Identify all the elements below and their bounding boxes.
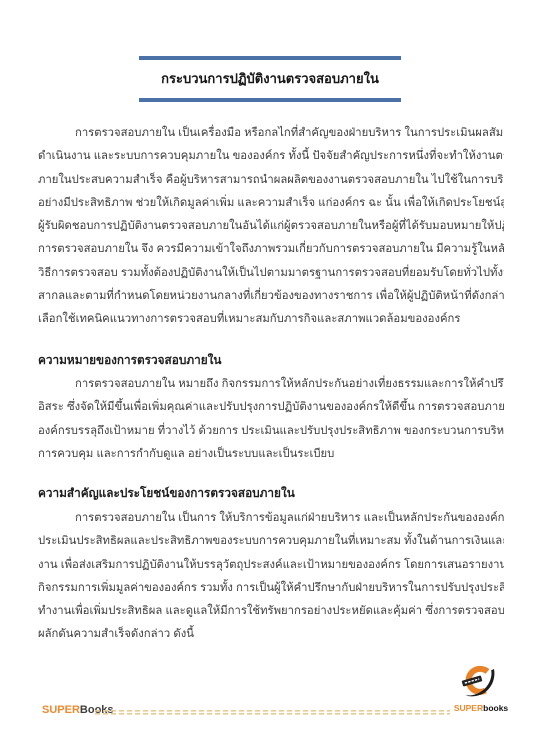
- text-line: วิธีการตรวจสอบ รวมทั้งต้องปฏิบัติงานให้เ…: [38, 262, 504, 285]
- text-line: สากลและตามที่กำหนดโดยหน่วยงานกลางที่เกี่…: [38, 285, 504, 308]
- meaning-paragraph: การตรวจสอบภายใน หมายถึง กิจกรรมการให้หลั…: [38, 373, 504, 466]
- brand-right-books-text: books: [483, 703, 508, 713]
- document-page: กระบวนการปฏิบัติงานตรวจสอบภายใน การตรวจส…: [0, 0, 538, 741]
- text-line: กิจกรรมการเพิ่มมูลค่าขององค์กร รวมทั้ง ก…: [38, 577, 504, 600]
- text-line: อิสระ ซึ่งจัดให้มีขึ้นเพื่อเพิ่มคุณค่าแล…: [38, 396, 504, 419]
- page-title: กระบวนการปฏิบัติงานตรวจสอบภายใน: [139, 68, 401, 89]
- document-title-box: กระบวนการปฏิบัติงานตรวจสอบภายใน: [139, 56, 401, 102]
- footer-dashed-divider: [95, 710, 450, 715]
- text-line: องค์กรบรรลุถึงเป้าหมาย ที่วางไว้ ด้วยการ…: [38, 420, 504, 443]
- text-line: ภายในประสบความสำเร็จ คือผู้บริหารสามารถน…: [38, 169, 504, 192]
- brand-left-super-text: SUPER: [42, 704, 80, 716]
- text-line: ทำงานเพื่อเพิ่มประสิทธิผล และดูแลให้มีกา…: [38, 600, 504, 623]
- text-line: ผู้รับผิดชอบการปฏิบัติงานตรวจสอบภายในอัน…: [38, 215, 504, 238]
- text-line: การตรวจสอบภายใน หมายถึง กิจกรรมการให้หลั…: [38, 373, 504, 396]
- intro-paragraph: การตรวจสอบภายใน เป็นเครื่องมือ หรือกลไกท…: [38, 122, 504, 331]
- text-line: การตรวจสอบภายใน เป็นการ ให้บริการข้อมูลแ…: [38, 507, 504, 530]
- superbooks-logo-icon: [457, 664, 503, 704]
- section-heading-importance: ความสำคัญและประโยชน์ของการตรวจสอบภายใน: [38, 484, 504, 503]
- text-line: อย่างมีประสิทธิภาพ ช่วยให้เกิดมูลค่าเพิ่…: [38, 192, 504, 215]
- section-heading-meaning: ความหมายของการตรวจสอบภายใน: [38, 351, 504, 370]
- text-line: เลือกใช้เทคนิคแนวทางการตรวจสอบที่เหมาะสม…: [38, 308, 504, 331]
- text-line: ประเมินประสิทธิผลและประสิทธิภาพของระบบกา…: [38, 530, 504, 553]
- text-line: งาน เพื่อส่งเสริมการปฏิบัติงานให้บรรลุวั…: [38, 554, 504, 577]
- text-line: การตรวจสอบภายใน เป็นเครื่องมือ หรือกลไกท…: [38, 122, 504, 145]
- text-line: การควบคุม และการกำกับดูแล อย่างเป็นระบบแ…: [38, 443, 504, 466]
- brand-right-super-text: SUPER: [454, 703, 483, 713]
- importance-paragraph: การตรวจสอบภายใน เป็นการ ให้บริการข้อมูลแ…: [38, 507, 504, 647]
- text-line: การตรวจสอบภายใน จึง ควรมีความเข้าใจถึงภา…: [38, 238, 504, 261]
- footer-brand-right: SUPERbooks: [449, 703, 513, 713]
- text-line: ผลักดันความสำเร็จดังกล่าว ดังนี้: [38, 623, 504, 646]
- text-line: ดำเนินงาน และระบบการควบคุมภายใน ขององค์ก…: [38, 145, 504, 168]
